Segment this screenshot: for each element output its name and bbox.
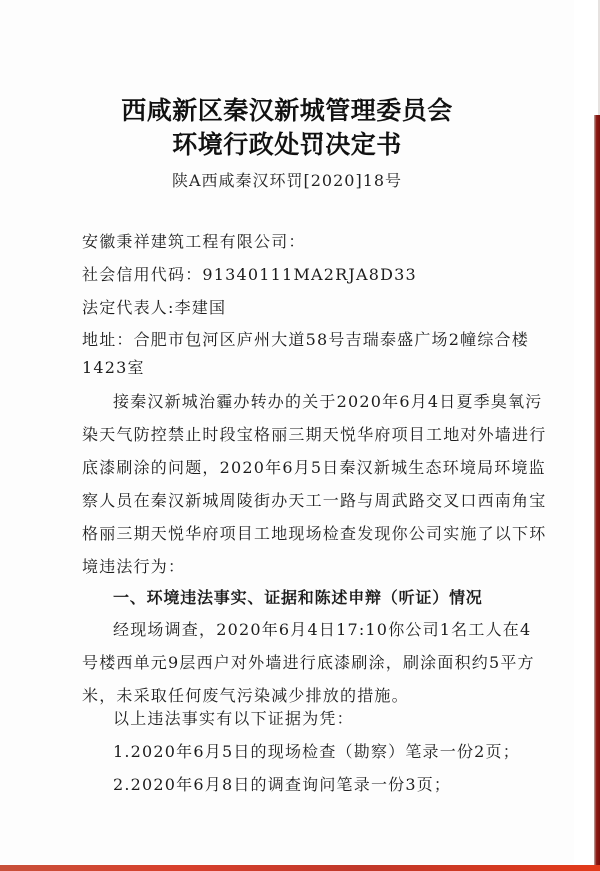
intro-paragraph-line: 染天气防控禁止时段宝格丽三期天悦华府项目工地对外墙进行 [82,422,546,445]
intro-paragraph-line: 接秦汉新城治霾办转办的关于2020年6月4日夏季臭氧污 [113,389,542,412]
facts-paragraph-line: 米，未采取任何废气污染减少排放的措施。 [82,683,409,706]
recipient-company: 安徽秉祥建筑工程有限公司： [82,229,306,252]
address-line-2: 1423室 [82,355,145,378]
evidence-intro: 以上违法事实有以下证据为凭： [113,706,354,729]
intro-paragraph-line: 境违法行为： [82,554,185,577]
intro-paragraph-line: 格丽三期天悦华府项目工地现场检查发现你公司实施了以下环 [82,521,546,544]
document-page: 西咸新区秦汉新城管理委员会 环境行政处罚决定书 陕A西咸秦汉环罚[2020]18… [0,0,574,864]
section-heading-facts: 一、环境违法事实、证据和陈述申辩（听证）情况 [113,585,483,608]
legal-representative: 法定代表人:李建国 [82,295,226,318]
credit-code: 社会信用代码：91340111MA2RJA8D33 [82,262,417,285]
document-title-issuer: 西咸新区秦汉新城管理委员会 [0,91,574,127]
evidence-item: 2.2020年6月8日的调查询问笔录一份3页； [113,772,451,795]
page-edge-bottom-cover [0,865,600,871]
page-edge-right-cover [594,115,600,871]
document-title: 环境行政处罚决定书 [0,125,574,161]
evidence-item: 1.2020年6月5日的现场检查（勘察）笔录一份2页； [113,739,520,762]
address-line-1: 地址：合肥市包河区庐州大道58号吉瑞泰盛广场2幢综合楼 [82,327,529,350]
facts-paragraph-line: 经现场调查，2020年6月4日17:10你公司1名工人在4 [113,617,531,640]
document-number: 陕A西咸秦汉环罚[2020]18号 [0,168,574,191]
intro-paragraph-line: 察人员在秦汉新城周陵街办天工一路与周武路交叉口西南角宝 [82,488,546,511]
intro-paragraph-line: 底漆刷涂的问题，2020年6月5日秦汉新城生态环境局环境监 [82,455,546,478]
facts-paragraph-line: 号楼西单元9层西户对外墙进行底漆刷涂，刷涂面积约5平方 [82,650,535,673]
